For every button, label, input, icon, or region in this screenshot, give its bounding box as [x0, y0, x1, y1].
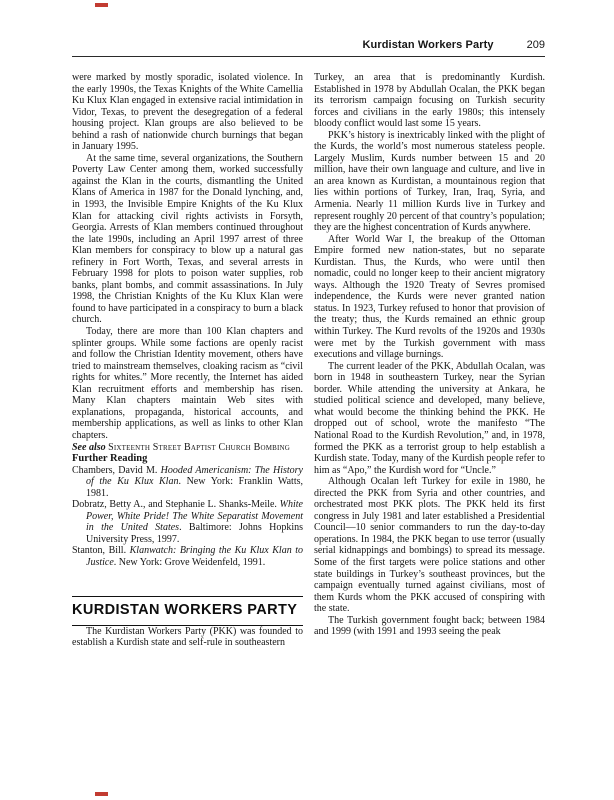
body-paragraph: The current leader of the PKK, Abdullah …: [314, 361, 545, 476]
body-paragraph: After World War I, the breakup of the Ot…: [314, 234, 545, 361]
running-head-title: Kurdistan Workers Party: [362, 39, 493, 51]
see-also-label: See also: [72, 442, 106, 453]
body-paragraph: The Turkish government fought back; betw…: [314, 615, 545, 638]
book-page: Kurdistan Workers Party 209 were marked …: [0, 0, 614, 800]
reference-entry: Chambers, David M. Hooded Americanism: T…: [72, 465, 303, 500]
body-paragraph: were marked by mostly sporadic, isolated…: [72, 72, 303, 153]
page-number: 209: [527, 39, 545, 52]
red-registration-mark-top: [95, 3, 108, 7]
section-heading: KURDISTAN WORKERS PARTY: [72, 597, 303, 625]
body-paragraph: The Kurdistan Workers Party (PKK) was fo…: [72, 626, 303, 649]
red-registration-mark-bottom: [95, 792, 108, 796]
reference-authors: Chambers, David M.: [72, 465, 161, 476]
see-also-reference: Sixteenth Street Baptist Church Bombing: [108, 442, 290, 453]
body-paragraph: PKK’s history is inextricably linked wit…: [314, 130, 545, 234]
reference-entry: Stanton, Bill. Klanwatch: Bringing the K…: [72, 545, 303, 568]
further-reading-heading: Further Reading: [72, 453, 303, 465]
body-paragraph: Turkey, an area that is predominantly Ku…: [314, 72, 545, 130]
right-column: Turkey, an area that is predominantly Ku…: [314, 72, 545, 638]
body-paragraph: Today, there are more than 100 Klan chap…: [72, 326, 303, 441]
body-paragraph: At the same time, several organizations,…: [72, 153, 303, 326]
reference-authors: Stanton, Bill.: [72, 545, 130, 556]
see-also-line: See also Sixteenth Street Baptist Church…: [72, 442, 303, 454]
reference-authors: Dobratz, Betty A., and Stephanie L. Shan…: [72, 499, 280, 510]
body-paragraph: Although Ocalan left Turkey for exile in…: [314, 476, 545, 615]
reference-tail: . New York: Grove Weidenfeld, 1991.: [114, 557, 266, 568]
running-head: Kurdistan Workers Party 209: [72, 39, 545, 52]
reference-entry: Dobratz, Betty A., and Stephanie L. Shan…: [72, 499, 303, 545]
left-column: were marked by mostly sporadic, isolated…: [72, 72, 303, 649]
header-rule: [72, 56, 545, 57]
new-entry-section: KURDISTAN WORKERS PARTY The Kurdistan Wo…: [72, 596, 303, 649]
